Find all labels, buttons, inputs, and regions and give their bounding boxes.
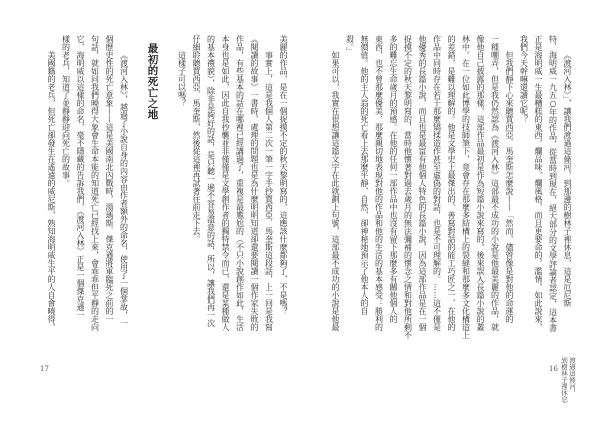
- text-column: 作品中同時存在若干那麼矯揉造作甚至虛偽的對話，也是不可理解的。……這不僅是: [429, 35, 444, 335]
- left-page-text: 美麗的作品，是在一個捉摸不定的秋天黎明寫的，這應該什麼都夠了，不是嗎？ 事實上，…: [44, 35, 291, 335]
- right-page-text: 《渡河入林》」，讓我們渡過這條河，到那邊的樹林子裡休息，這是厄尼斯 特．海明威一…: [328, 35, 575, 335]
- running-title-line: 渡過這條河，: [568, 357, 576, 405]
- text-column: 仔細聆聽賈西亞．馬奎斯，然後從這裡再試著往前走下去。: [189, 35, 204, 335]
- text-column: 的基本禮貌），除非是夠好的話，是只聽一遍不容易盡意的話，所以，讓我們再一次: [203, 35, 218, 335]
- text-column: 這樣子可以嗎？: [174, 35, 189, 335]
- text-column: 林中。在一位如此博學的技師筆下，竟會存在那麼多結構上的裂縫和那麼多文化構造上: [458, 35, 473, 335]
- column-spacer: [160, 35, 175, 335]
- right-page: 《渡河入林》」，讓我們渡過這條河，到那邊的樹林子裡休息，這是厄尼斯 特．海明威一…: [300, 0, 600, 421]
- page-number: 16: [549, 365, 558, 373]
- text-column: 我們今天幹嘛還讀它呢？: [516, 35, 531, 335]
- text-column: 特．海明威一九五○年的作品，從當時到現在，絕大部分的文學評論者認定，這本書: [545, 35, 560, 335]
- text-column: 但我們靜下心來聽賈西亞．馬奎斯怎麼說——「然而，儘管像是對他的命運的: [502, 35, 517, 335]
- text-column: 個歷史性的死亡意象——這是美國南北內戰時，湯瑪斯．傑克遜將軍臨死之前的一: [102, 35, 117, 335]
- text-column: 樣的老兵，知道了並靜靜迎向死亡的故事。: [58, 35, 73, 335]
- text-column: 的差錯，是難以理解的。他是文學史上最傑出的、善寫對話的能工巧匠之一，在他的: [444, 35, 459, 335]
- text-column: 殺。」: [342, 35, 357, 335]
- column-spacer: [131, 35, 146, 335]
- text-column: 《渡河入林》，越過了小說自身的內容由作者額外的命名，使用了一個掌故，一: [116, 35, 131, 335]
- section-heading: 最初的死亡之地: [145, 35, 160, 335]
- text-column: 無價值。他的主人翁的死亡看上去那麼平靜、自然，卻神秘地預示了他本人的自: [357, 35, 372, 335]
- running-title: 渡過這條河， 到樹林子裡休息: [560, 357, 576, 405]
- text-column: 它，海明威以這樣的命名，毫不隱藏的告訴我們，《渡河入林》正是一個傑克遜一: [73, 35, 88, 335]
- running-title-line: 到樹林子裡休息: [560, 357, 568, 405]
- text-column: 美國籍的老兵，但死亡卻發生在遙遠的威尼斯，熟知海明威生平的人自會曉得，: [44, 35, 59, 335]
- text-column: 句話，就如同我們曉得大象會生命本能的知道死亡已經找上來，會乖乖但平靜的走向: [87, 35, 102, 335]
- text-column: 他優秀的長篇小說，而且也是最富有他個人特色的長篇小說，因為這部作品是在一個: [415, 35, 430, 335]
- text-column: 事實上，這是我個人第二次一筆一字手抄賈西亞．馬奎斯這段話，上一回是我寫: [261, 35, 276, 335]
- text-column: 多的難忘生命歲月的預感。在他的任何一部作品中也沒有留下那麼多有關他個人的: [386, 35, 401, 335]
- text-column: 《閱讀的故事》一書時，處理的問題也是為什麼明明知道卻還要閱讀一個作家失敗的: [247, 35, 262, 335]
- page-number: 17: [40, 365, 49, 373]
- text-column: 作品，有些基本的話在哪裡已經講過了，重複是最尷尬的（不只小說創作如此，生活: [232, 35, 247, 335]
- text-column: 《渡河入林》」，讓我們渡過這條河，到那邊的樹林子裡休息，這是厄尼斯: [560, 35, 575, 335]
- text-column: 像他自己披露的那樣，這部作品最初是作為短篇小說來寫的，後來誤入長篇小說的叢: [473, 35, 488, 335]
- text-column: 捉摸不定的秋天黎明寫的，當時他懷著對過去歲月的無法彌補的懷念之情和對他所剩不: [400, 35, 415, 335]
- text-column: 如果可以，我實在很想讓這篇文字在此就劃上句號，這部最不成功的小說是他最: [328, 35, 343, 335]
- text-column: 美麗的作品，是在一個捉摸不定的秋天黎明寫的，這應該什麼都夠了，不是嗎？: [276, 35, 291, 335]
- text-column: 一種嘲弄，但是我仍然認為《渡河入林》這部最不成功的小說是他最美麗的作品，就: [487, 35, 502, 335]
- text-column: 本身也是如此，因此自我抄襲並非僅僅是文學創作者的獨特禁令而已，還是某種做人: [218, 35, 233, 335]
- left-page: 美麗的作品，是在一個捉摸不定的秋天黎明寫的，這應該什麼都夠了，不是嗎？ 事實上，…: [0, 0, 300, 421]
- text-column: 東西，也不曾那麼優美、那麼親切地表現對他的作品和他的生活的基本感受：勝利的: [371, 35, 386, 335]
- text-column: 正是海明威一生最糟糕的東西，爛品味，爛風格，而且更要命的，濫情，如此說來，: [531, 35, 546, 335]
